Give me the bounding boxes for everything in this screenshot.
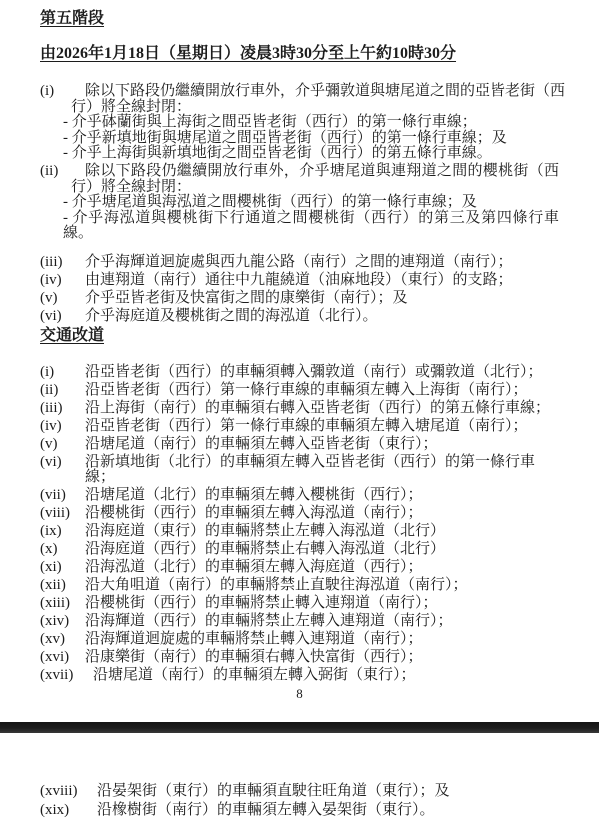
closure-sub-item: - 介乎砵蘭街與上海街之間亞皆老街（西行）的第一條行車線； <box>63 115 559 131</box>
closure-item-iv: (iv) 由連翔道（南行）通往中九龍繞道（油麻地段）（東行）的支路； <box>40 273 559 289</box>
item-text: 沿塘尾道（南行）的車輛須左轉入亞皆老街（東行）； <box>85 437 559 453</box>
item-text: 沿塘尾道（南行）的車輛須左轉入弼街（東行）； <box>93 668 559 684</box>
document-page-1: 第五階段 由2026年1月18日（星期日）凌晨3時30分至上午約10時30分 (… <box>0 0 599 722</box>
item-text: 介乎亞皆老街及快富街之間的康樂街（南行）；及 <box>85 291 559 307</box>
document-page-2: (xviii) 沿晏架街（東行）的車輛須直駛往旺角道（東行）；及 (xix) 沿… <box>0 733 599 823</box>
closure-item-ii: (ii) 除以下路段仍繼續開放行車外，介乎塘尾道與連翔道之間的櫻桃街（西 行）將… <box>40 164 559 242</box>
item-text: 沿海庭道（東行）的車輛將禁止左轉入海泓道（北行） <box>85 524 559 540</box>
item-text: 沿櫻桃街（西行）的車輛將禁止轉入連翔道（南行）； <box>85 596 559 612</box>
diversion-item: (ii) 沿亞皆老街（西行）第一條行車線的車輛須左轉入上海街（南行）； <box>40 383 559 399</box>
effective-period: 由2026年1月18日（星期日）凌晨3時30分至上午約10時30分 <box>40 44 559 63</box>
closure-list: (i) 除以下路段仍繼續開放行車外，介乎彌敦道與塘尾道之間的亞皆老街（西 行）將… <box>40 84 559 324</box>
closure-sub-item: - 介乎海泓道與櫻桃街下行通道之間櫻桃街（西行）的第三及第四條行車 <box>63 211 559 227</box>
item-text: 沿海泓道（北行）的車輛須左轉入海庭道（西行）； <box>85 560 559 576</box>
item-text: 沿海輝道迴旋處的車輛將禁止轉入連翔道（南行）； <box>85 632 559 648</box>
diversion-item: (ix) 沿海庭道（東行）的車輛將禁止左轉入海泓道（北行） <box>40 524 559 540</box>
item-text: 沿康樂街（南行）的車輛須右轉入快富街（西行）； <box>85 650 559 666</box>
item-text: 沿亞皆老街（西行）第一條行車線的車輛須左轉入上海街（南行）； <box>85 383 559 399</box>
item-number: (ii) <box>40 383 58 399</box>
item-number: (vi) <box>40 309 62 325</box>
item-number: (v) <box>40 437 58 453</box>
diversion-item: (i) 沿亞皆老街（西行）的車輛須轉入彌敦道（南行）或彌敦道（北行）； <box>40 365 559 381</box>
diversion-list: (i) 沿亞皆老街（西行）的車輛須轉入彌敦道（南行）或彌敦道（北行）； (ii)… <box>40 365 559 684</box>
item-number: (iv) <box>40 419 62 435</box>
page-1-content: 第五階段 由2026年1月18日（星期日）凌晨3時30分至上午約10時30分 (… <box>40 10 559 700</box>
item-text: 沿塘尾道（北行）的車輛須左轉入櫻桃街（西行）； <box>85 488 559 504</box>
diversion-item: (xiii) 沿櫻桃街（西行）的車輛將禁止轉入連翔道（南行）； <box>40 596 559 612</box>
item-number: (ii) <box>40 164 58 180</box>
diversion-item: (xvi) 沿康樂街（南行）的車輛須右轉入快富街（西行）； <box>40 650 559 666</box>
item-number: (vi) <box>40 455 62 471</box>
item-number: (vii) <box>40 488 66 504</box>
item-number: (iii) <box>40 255 63 271</box>
diversion-item: (vii) 沿塘尾道（北行）的車輛須左轉入櫻桃街（西行）； <box>40 488 559 504</box>
diversion-item: (vi) 沿新填地街（北行）的車輛須左轉入亞皆老街（西行）的第一條行車線； <box>40 455 559 486</box>
item-text-line: 行）將全線封閉： <box>71 180 559 196</box>
item-text: 由連翔道（南行）通往中九龍繞道（油麻地段）（東行）的支路； <box>85 273 559 289</box>
item-text-line: 行）將全線封閉： <box>71 100 559 116</box>
traffic-diversion-heading: 交通改道 <box>40 327 559 345</box>
item-text: 介乎海輝道迴旋處與西九龍公路（南行）之間的連翔道（南行）； <box>85 255 559 271</box>
item-number: (xii) <box>40 578 66 594</box>
item-text: 沿亞皆老街（西行）的車輛須轉入彌敦道（南行）或彌敦道（北行）； <box>85 365 559 381</box>
diversion-item: (xvii) 沿塘尾道（南行）的車輛須左轉入弼街（東行）； <box>40 668 559 684</box>
item-text: 沿橡樹街（南行）的車輛須左轉入晏架街（東行）。 <box>97 803 559 819</box>
item-number: (iii) <box>40 401 63 417</box>
item-number: (ix) <box>40 524 62 540</box>
page-2-content: (xviii) 沿晏架街（東行）的車輛須直駛往旺角道（東行）；及 (xix) 沿… <box>40 784 559 822</box>
page-number: 8 <box>40 687 559 700</box>
item-number: (iv) <box>40 273 62 289</box>
diversion-item: (xiv) 沿海輝道（西行）的車輛將禁止左轉入連翔道（南行）； <box>40 614 559 630</box>
item-text: 沿海庭道（西行）的車輛將禁止右轉入海泓道（北行） <box>85 542 559 558</box>
item-number: (xv) <box>40 632 65 648</box>
item-number: (xiv) <box>40 614 69 630</box>
closure-item-v: (v) 介乎亞皆老街及快富街之間的康樂街（南行）；及 <box>40 291 559 307</box>
closure-sub-item: 線。 <box>63 226 559 242</box>
item-number: (i) <box>40 84 54 100</box>
closure-sub-item: - 介乎塘尾道與海泓道之間櫻桃街（西行）的第一條行車線；及 <box>63 195 559 211</box>
item-text: 沿櫻桃街（西行）的車輛須左轉入海泓道（南行）； <box>85 506 559 522</box>
diversion-item: (viii) 沿櫻桃街（西行）的車輛須左轉入海泓道（南行）； <box>40 506 559 522</box>
item-text: 沿海輝道（西行）的車輛將禁止左轉入連翔道（南行）； <box>85 614 559 630</box>
diversion-item: (xii) 沿大角咀道（南行）的車輛將禁止直駛往海泓道（南行）； <box>40 578 559 594</box>
item-text-line: 除以下路段仍繼續開放行車外，介乎塘尾道與連翔道之間的櫻桃街（西 <box>71 164 559 180</box>
diversion-item: (v) 沿塘尾道（南行）的車輛須左轉入亞皆老街（東行）； <box>40 437 559 453</box>
diversion-item: (iv) 沿亞皆老街（西行）第一條行車線的車輛須左轉入塘尾道（南行）； <box>40 419 559 435</box>
phase-title: 第五階段 <box>40 10 559 28</box>
item-number: (xvi) <box>40 650 69 666</box>
item-text: 沿亞皆老街（西行）第一條行車線的車輛須左轉入塘尾道（南行）； <box>85 419 559 435</box>
diversion-item: (xviii) 沿晏架街（東行）的車輛須直駛往旺角道（東行）；及 <box>40 784 559 800</box>
diversion-item: (xix) 沿橡樹街（南行）的車輛須左轉入晏架街（東行）。 <box>40 803 559 819</box>
item-number: (xvii) <box>40 668 73 684</box>
item-text: 沿新填地街（北行）的車輛須左轉入亞皆老街（西行）的第一條行車線； <box>85 455 559 486</box>
item-text: 沿晏架街（東行）的車輛須直駛往旺角道（東行）；及 <box>97 784 559 800</box>
item-number: (xviii) <box>40 784 78 800</box>
item-text: 沿上海街（南行）的車輛須右轉入亞皆老街（西行）的第五條行車線； <box>85 401 559 417</box>
item-number: (xix) <box>40 803 69 819</box>
item-number: (viii) <box>40 506 70 522</box>
diversion-item: (xv) 沿海輝道迴旋處的車輛將禁止轉入連翔道（南行）； <box>40 632 559 648</box>
item-number: (xiii) <box>40 596 70 612</box>
item-number: (i) <box>40 365 54 381</box>
item-number: (v) <box>40 291 58 307</box>
item-text: 介乎海庭道及櫻桃街之間的海泓道（北行）。 <box>85 309 559 325</box>
page-separator <box>0 722 599 733</box>
closure-item-iii: (iii) 介乎海輝道迴旋處與西九龍公路（南行）之間的連翔道（南行）； <box>40 255 559 271</box>
closure-sub-item: - 介乎上海街與新填地街之間亞皆老街（西行）的第五條行車線。 <box>63 146 559 162</box>
diversion-item: (iii) 沿上海街（南行）的車輛須右轉入亞皆老街（西行）的第五條行車線； <box>40 401 559 417</box>
item-text: 沿大角咀道（南行）的車輛將禁止直駛往海泓道（南行）； <box>85 578 559 594</box>
closure-item-vi: (vi) 介乎海庭道及櫻桃街之間的海泓道（北行）。 <box>40 309 559 325</box>
diversion-item: (xi) 沿海泓道（北行）的車輛須左轉入海庭道（西行）； <box>40 560 559 576</box>
closure-item-i: (i) 除以下路段仍繼續開放行車外，介乎彌敦道與塘尾道之間的亞皆老街（西 行）將… <box>40 84 559 162</box>
diversion-item: (x) 沿海庭道（西行）的車輛將禁止右轉入海泓道（北行） <box>40 542 559 558</box>
closure-sub-item: - 介乎新填地街與塘尾道之間亞皆老街（西行）的第一條行車線；及 <box>63 131 559 147</box>
item-number: (x) <box>40 542 58 558</box>
item-number: (xi) <box>40 560 62 576</box>
item-text-line: 除以下路段仍繼續開放行車外，介乎彌敦道與塘尾道之間的亞皆老街（西 <box>71 84 559 100</box>
